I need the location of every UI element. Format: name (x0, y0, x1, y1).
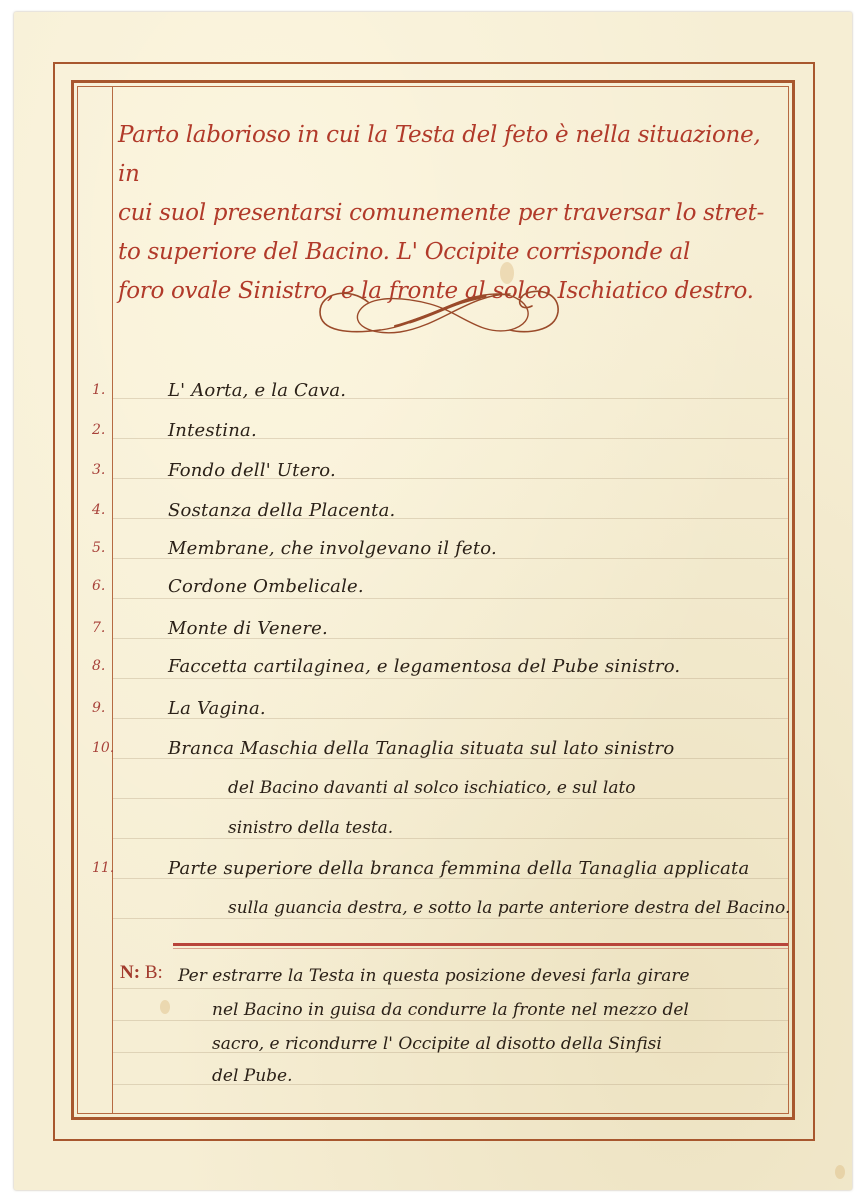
section-divider (173, 943, 788, 946)
item-number: 4. (92, 502, 105, 518)
nota-bene-line: del Pube. (212, 1066, 293, 1086)
legend-item: 10. Branca Maschia della Tanaglia situat… (80, 738, 780, 774)
item-text: Sostanza della Placenta. (168, 500, 395, 521)
item-text: Parte superiore della branca femmina del… (168, 858, 749, 879)
nota-bene-line: nel Bacino in guisa da condurre la front… (212, 1000, 689, 1020)
item-continuation: sulla guancia destra, e sotto la parte a… (228, 898, 790, 918)
item-text: Faccetta cartilaginea, e legamentosa del… (168, 656, 680, 677)
section-divider-shadow (173, 948, 788, 949)
item-number: 5. (92, 540, 105, 556)
flourish-ornament-icon (310, 282, 570, 342)
item-number: 7. (92, 620, 105, 636)
ruled-line (113, 798, 788, 799)
item-number: 2. (92, 422, 105, 438)
item-number: 10. (92, 740, 114, 756)
legend-item: 7. Monte di Venere. (80, 618, 780, 654)
item-number: 3. (92, 462, 105, 478)
item-text: Intestina. (168, 420, 257, 441)
item-number: 11. (92, 860, 114, 876)
item-number: 1. (92, 382, 105, 398)
nb-n: N: (120, 962, 140, 983)
nb-b: B: (145, 962, 163, 983)
item-number: 6. (92, 578, 105, 594)
title-line: to superiore del Bacino. L' Occipite cor… (118, 233, 786, 272)
paper-stain (835, 1165, 845, 1179)
title-line: cui suol presentarsi comunemente per tra… (118, 194, 786, 233)
legend-item: 1. L' Aorta, e la Cava. (80, 380, 780, 416)
legend-item: 4. Sostanza della Placenta. (80, 500, 780, 536)
item-text: Monte di Venere. (168, 618, 328, 639)
item-number: 8. (92, 658, 105, 674)
item-text: Branca Maschia della Tanaglia situata su… (168, 738, 674, 759)
nota-bene-line: sacro, e ricondurre l' Occipite al disot… (212, 1034, 662, 1054)
legend-item: 11. Parte superiore della branca femmina… (80, 858, 780, 894)
nota-bene-label: N: B: (120, 962, 163, 984)
nota-bene-line: Per estrarre la Testa in questa posizion… (178, 966, 690, 986)
item-text: Cordone Ombelicale. (168, 576, 364, 597)
item-text: Fondo dell' Utero. (168, 460, 336, 481)
item-text: La Vagina. (168, 698, 266, 719)
item-continuation: sinistro della testa. (228, 818, 393, 838)
item-continuation: del Bacino davanti al solco ischiatico, … (228, 778, 636, 798)
title-line: Parto laborioso in cui la Testa del feto… (118, 116, 786, 194)
legend-item: 5. Membrane, che involgevano il feto. (80, 538, 780, 574)
ruled-line (113, 918, 788, 919)
legend-item: 9. La Vagina. (80, 698, 780, 734)
legend-item: 8. Faccetta cartilaginea, e legamentosa … (80, 656, 780, 692)
legend-item: 6. Cordone Ombelicale. (80, 576, 780, 612)
legend-item: 3. Fondo dell' Utero. (80, 460, 780, 496)
ruled-line (113, 838, 788, 839)
legend-item: 2. Intestina. (80, 420, 780, 456)
item-text: L' Aorta, e la Cava. (168, 380, 346, 401)
ruled-line (113, 1020, 788, 1021)
item-text: Membrane, che involgevano il feto. (168, 538, 497, 559)
ruled-line (113, 988, 788, 989)
item-number: 9. (92, 700, 105, 716)
